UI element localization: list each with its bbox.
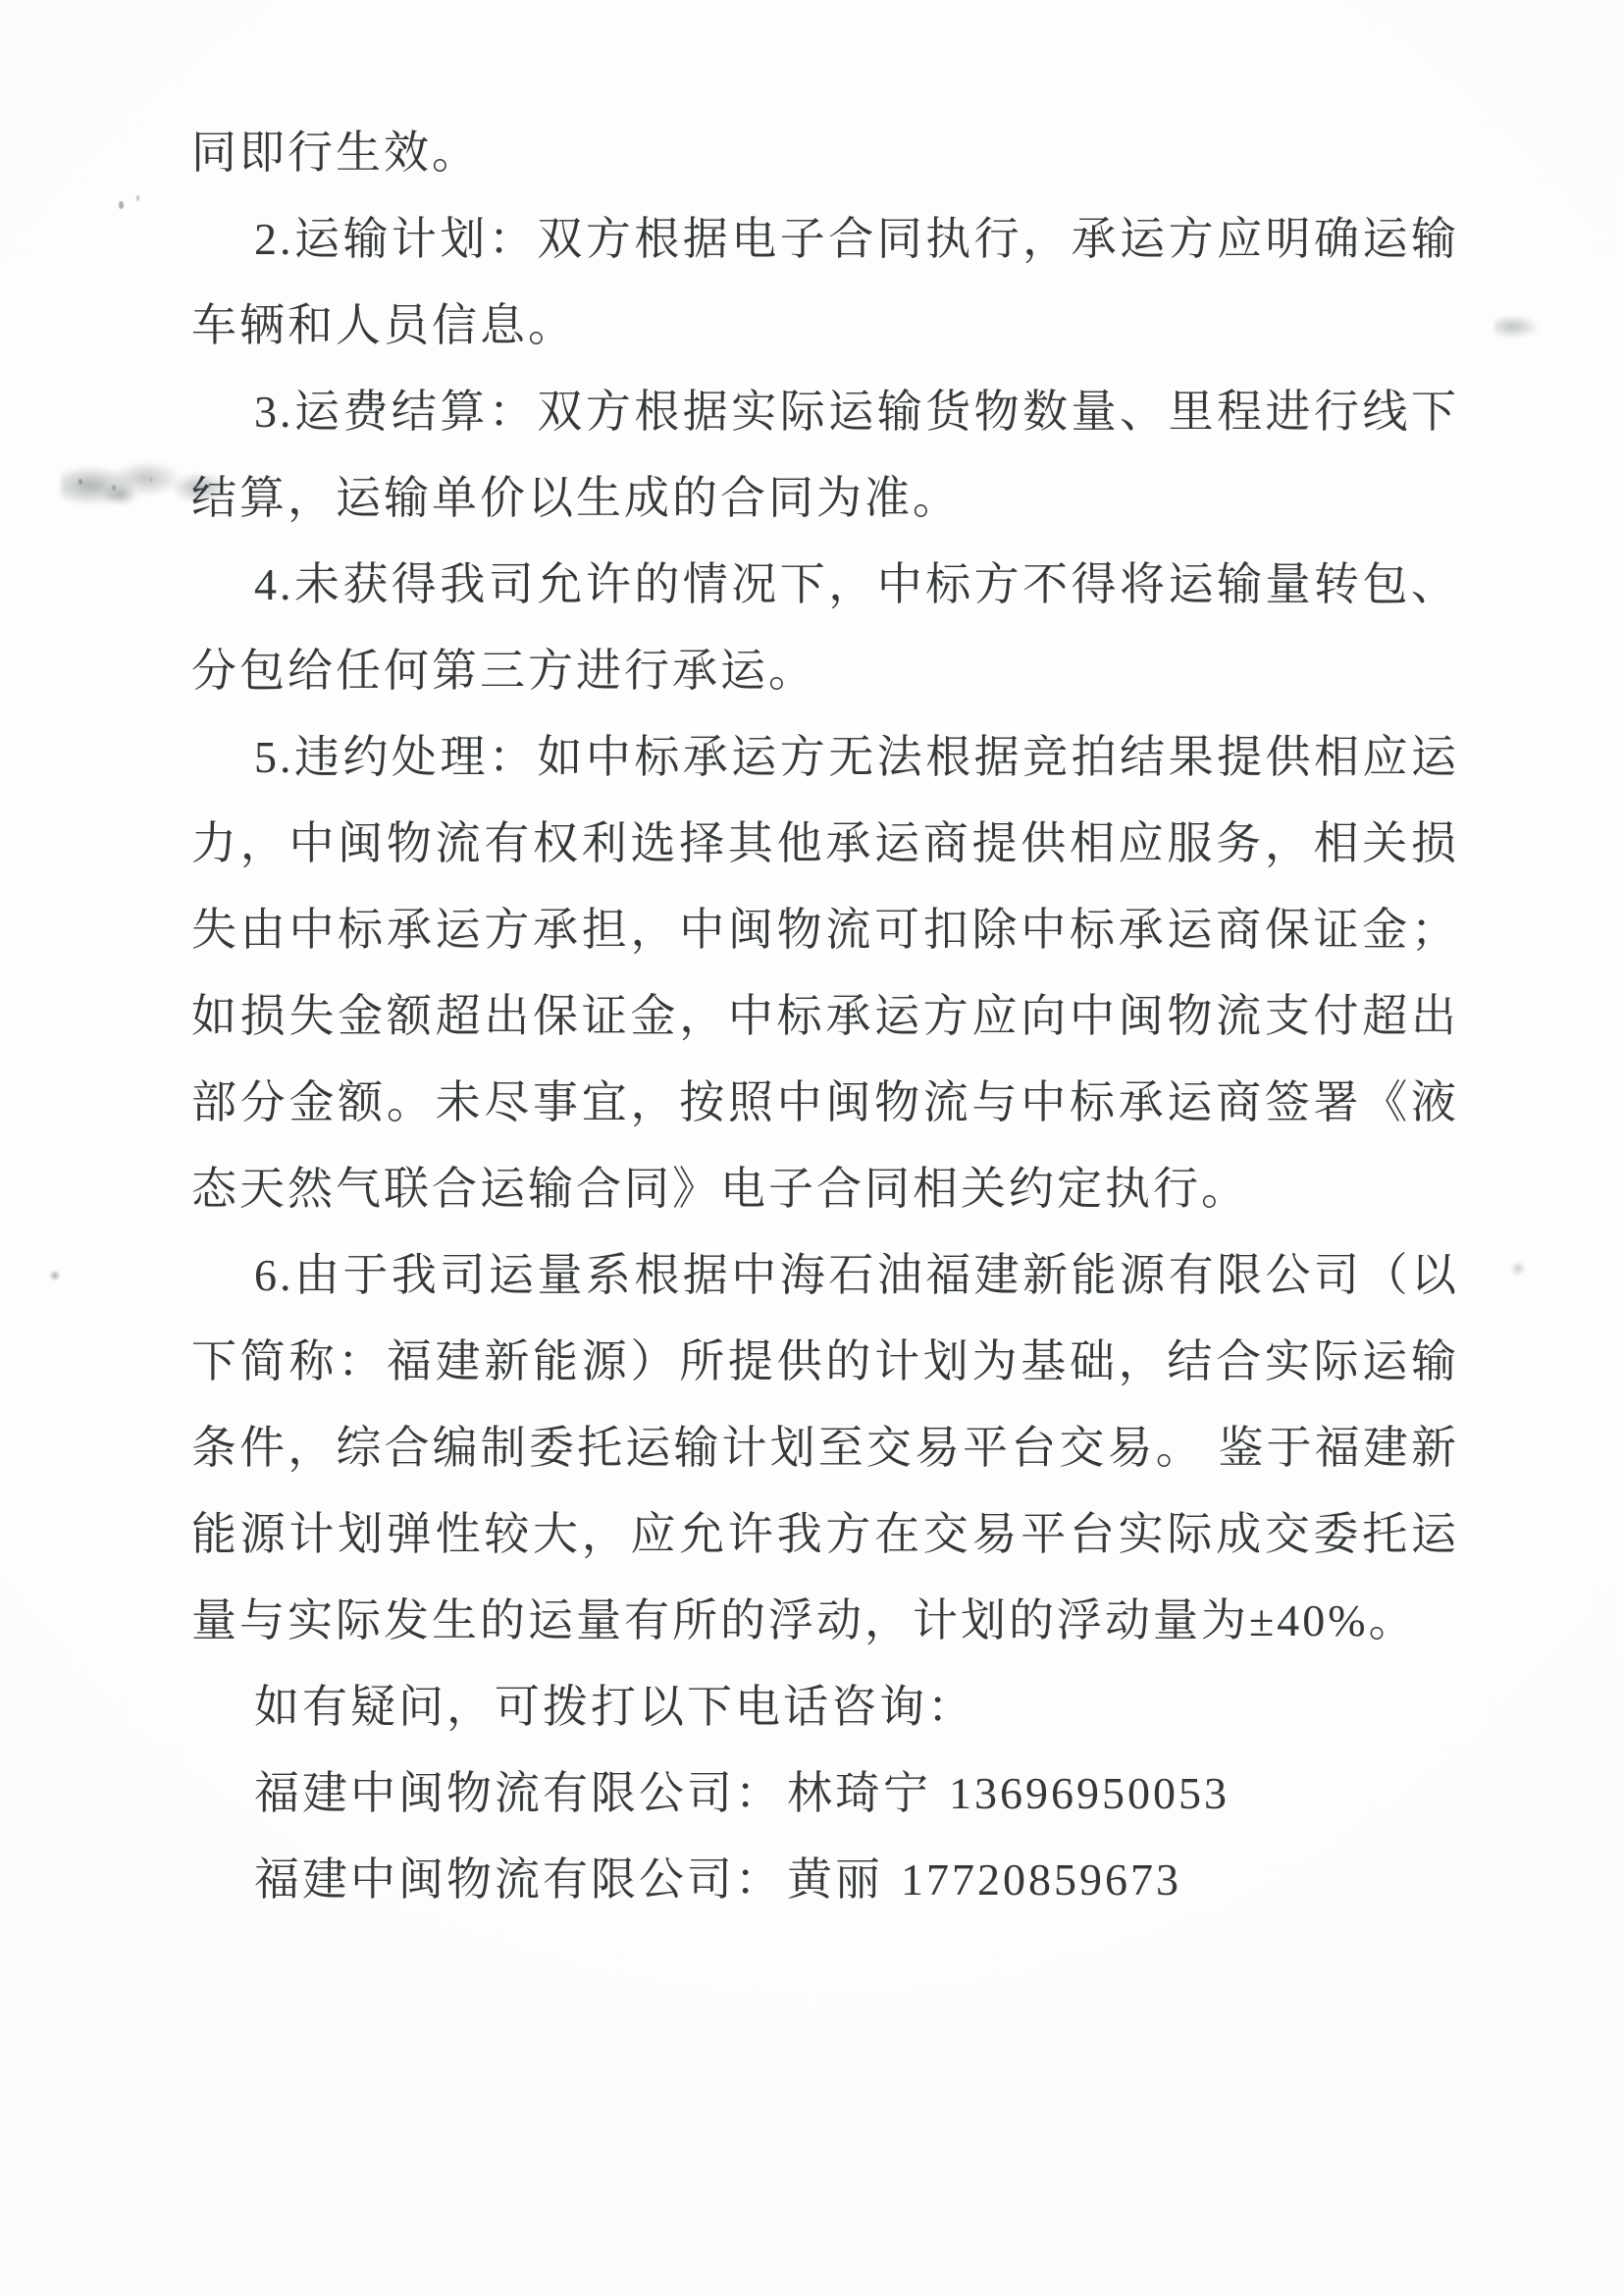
contact-line-1: 福建中闽物流有限公司：林琦宁13696950053 xyxy=(191,1750,1459,1837)
contact-person: 林琦宁 xyxy=(787,1768,931,1818)
paragraph-item-6: 6.由于我司运量系根据中海石油福建新能源有限公司（以下简称：福建新能源）所提供的… xyxy=(191,1232,1459,1664)
contact-phone: 17720859673 xyxy=(901,1854,1181,1905)
paragraph-item-2: 2.运输计划：双方根据电子合同执行，承运方应明确运输车辆和人员信息。 xyxy=(191,196,1459,369)
scan-artifact xyxy=(1509,1262,1527,1276)
company-name: 福建中闽物流有限公司： xyxy=(254,1768,783,1818)
document-body: 同即行生效。 2.运输计划：双方根据电子合同执行，承运方应明确运输车辆和人员信息… xyxy=(191,110,1459,1923)
scan-artifact xyxy=(114,190,149,216)
scan-artifact xyxy=(1492,312,1543,341)
contact-intro: 如有疑问，可拨打以下电话咨询： xyxy=(191,1664,1459,1750)
contact-line-2: 福建中闽物流有限公司：黄丽17720859673 xyxy=(191,1837,1459,1923)
contact-phone: 13696950053 xyxy=(949,1768,1230,1818)
paragraph-item-3: 3.运费结算：双方根据实际运输货物数量、里程进行线下结算，运输单价以生成的合同为… xyxy=(191,369,1459,542)
company-name: 福建中闽物流有限公司： xyxy=(254,1854,783,1905)
paragraph-item-4: 4.未获得我司允许的情况下，中标方不得将运输量转包、分包给任何第三方进行承运。 xyxy=(191,542,1459,714)
contact-person: 黄丽 xyxy=(787,1854,883,1905)
paragraph-item-5: 5.违约处理：如中标承运方无法根据竞拍结果提供相应运力，中闽物流有权利选择其他承… xyxy=(191,714,1459,1232)
scanned-page: { "page": { "type": "scanned-document", … xyxy=(0,0,1623,2296)
scan-artifact xyxy=(49,1270,61,1281)
paragraph-continuation: 同即行生效。 xyxy=(191,110,1459,196)
document-page: 同即行生效。 2.运输计划：双方根据电子合同执行，承运方应明确运输车辆和人员信息… xyxy=(0,0,1623,2296)
